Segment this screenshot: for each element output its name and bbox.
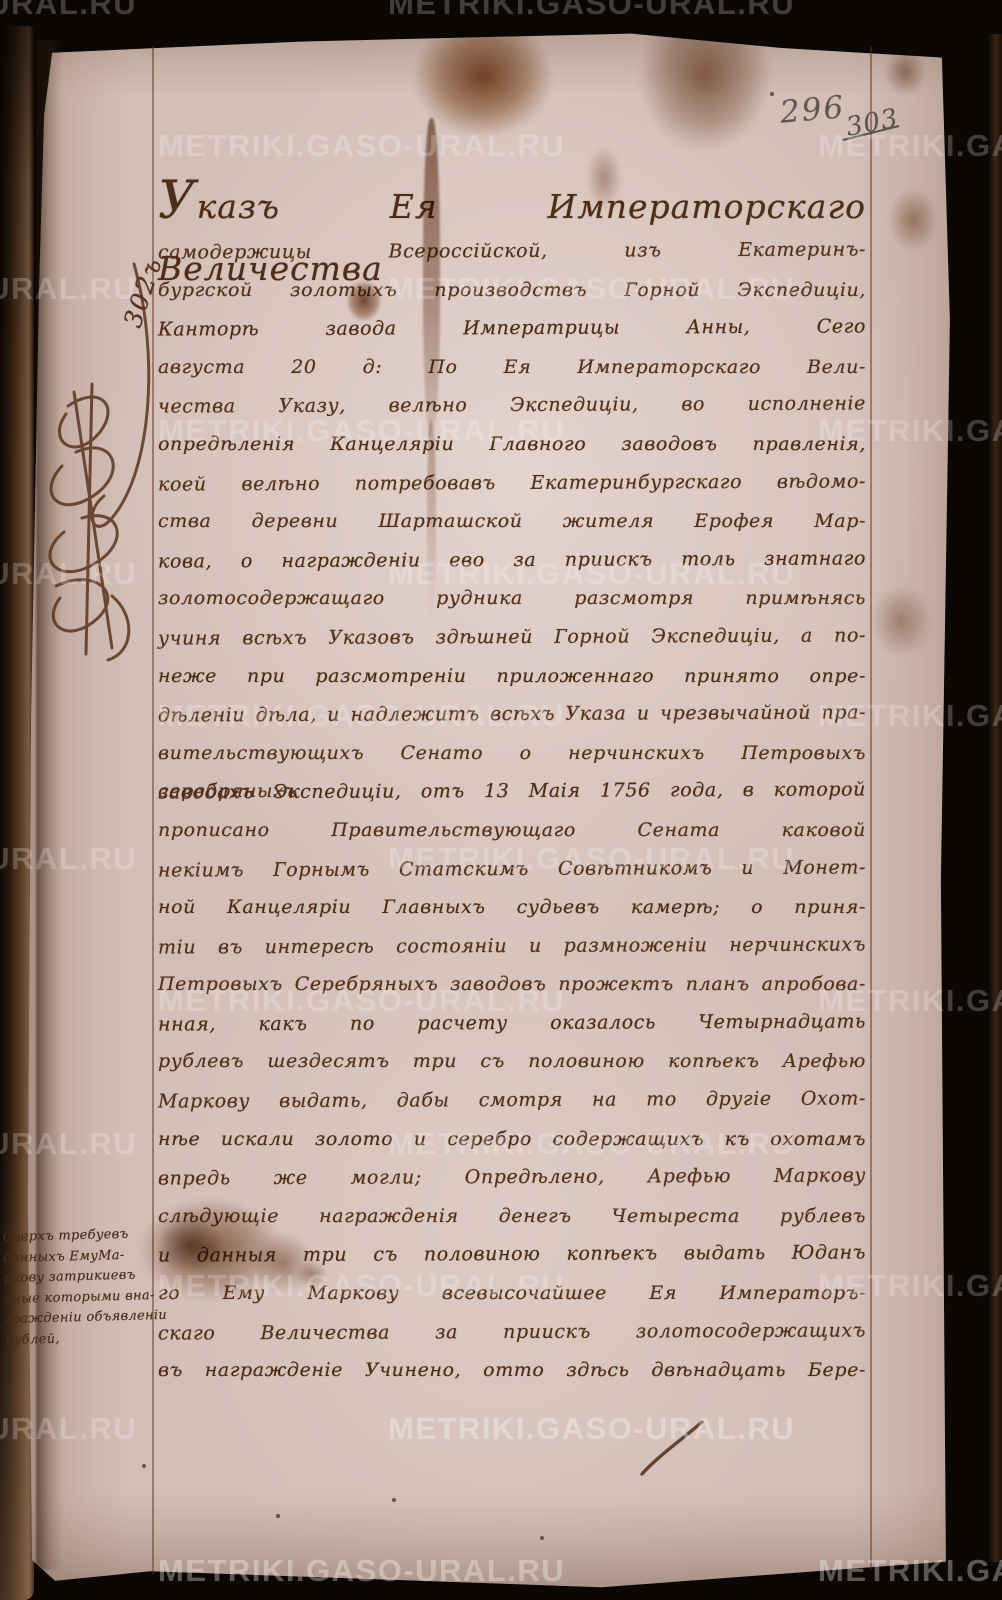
manuscript-line: скаго Величества за приискъ золотосодерж… bbox=[158, 1311, 866, 1353]
manuscript-line: ства деревни Шарташской жителя Ерофея Ма… bbox=[158, 502, 866, 541]
ink-speck bbox=[276, 1514, 280, 1518]
manuscript-line: рублевъ шездесятъ три съ половиною копѣе… bbox=[158, 1042, 866, 1081]
margin-note: Сверхъ требуевъданныхъ ЕмуМа-ркову затри… bbox=[2, 1224, 161, 1351]
manuscript-line: Маркову выдать, дабы смотря на то другіе… bbox=[158, 1080, 866, 1122]
manuscript-line: Петровыхъ Серебряныхъ заводовъ прожектъ … bbox=[158, 965, 866, 1004]
manuscript-text: Указъ Ея Императорскаго Величества самод… bbox=[158, 170, 866, 1390]
manuscript-line: неже при разсмотреніи приложеннаго приня… bbox=[158, 657, 866, 696]
manuscript-line: прописано Правительствующаго Сената како… bbox=[158, 811, 866, 850]
next-page-edge bbox=[988, 34, 1002, 1562]
manuscript-line: въ награжденіе Учинено, отто здѣсь двѣна… bbox=[158, 1351, 866, 1390]
manuscript-line: учиня всѣхъ Указовъ здѣшней Горной Экспе… bbox=[158, 616, 866, 658]
manuscript-line: золотосодержащаго рудника разсмотря прим… bbox=[158, 579, 866, 618]
pencil-page-number: 296 bbox=[779, 89, 847, 131]
watermark: METRIKI.GASO-URAL.RU bbox=[0, 0, 137, 22]
manuscript-line: коей велѣно потребовавъ Екатеринбургскаг… bbox=[158, 462, 866, 504]
manuscript-body-lines: самодержицы Всероссійской, изъ Екатеринъ… bbox=[158, 232, 866, 1390]
margin-note-line: рублей, bbox=[5, 1326, 161, 1351]
right-margin-rule bbox=[870, 46, 872, 1570]
manuscript-line: заводахъ Экспедиціи, отъ 13 Маія 1756 го… bbox=[158, 771, 866, 813]
manuscript-line: слѣдующіе награжденія денегъ Четыреста р… bbox=[158, 1197, 866, 1236]
margin-note-line: гражденіи объявленіи bbox=[5, 1306, 161, 1331]
ink-speck bbox=[392, 1498, 396, 1502]
manuscript-line: дѣленіи дѣла, и надлежитъ всѣхъ Указа и … bbox=[158, 694, 866, 736]
manuscript-line: го Ему Маркову всевысочайшее Ея Императо… bbox=[158, 1274, 866, 1313]
manuscript-line: впредь же могли; Опредѣлено, Арефью Марк… bbox=[158, 1157, 866, 1199]
manuscript-line: августа 20 д: По Ея Императорскаго Вели- bbox=[158, 348, 866, 387]
manuscript-line: нѣе искали золото и серебро содержащихъ … bbox=[158, 1120, 866, 1159]
manuscript-line: самодержицы Всероссійской, изъ Екатеринъ… bbox=[158, 230, 866, 272]
manuscript-line: опредѣленія Канцеляріи Главного заводовъ… bbox=[158, 425, 866, 464]
manuscript-title-line: Указъ Ея Императорскаго Величества bbox=[158, 170, 866, 232]
manuscript-line: чества Указу, велѣно Экспедиціи, во испо… bbox=[158, 385, 866, 427]
manuscript-line: и данныя три съ половиною копѣекъ выдать… bbox=[158, 1234, 866, 1276]
manuscript-line: вительствующихъ Сенато о нерчинскихъ Пет… bbox=[158, 734, 866, 773]
ink-speck bbox=[770, 92, 774, 96]
ink-tail-stroke bbox=[636, 1418, 712, 1480]
ink-speck bbox=[540, 1536, 544, 1540]
manuscript-line: ной Канцеляріи Главныхъ судьевъ камерѣ; … bbox=[158, 888, 866, 927]
manuscript-line: нная, какъ по расчету оказалось Четырнад… bbox=[158, 1002, 866, 1044]
ink-speck bbox=[142, 1464, 146, 1468]
manuscript-photo: Указъ Ея Императорскаго Величества самод… bbox=[0, 0, 1002, 1600]
watermark: METRIKI.GASO-URAL.RU bbox=[388, 0, 795, 22]
manuscript-line: бургской золотыхъ производствъ Горной Эк… bbox=[158, 271, 866, 310]
manuscript-line: некіимъ Горнымъ Статскимъ Совѣтникомъ и … bbox=[158, 848, 866, 890]
manuscript-line: Канторѣ завода Императрицы Анны, Сего bbox=[158, 308, 866, 350]
manuscript-line: тіи въ интересѣ состояніи и размноженіи … bbox=[158, 925, 866, 967]
manuscript-line: кова, о награжденіи ево за приискъ толь … bbox=[158, 539, 866, 581]
